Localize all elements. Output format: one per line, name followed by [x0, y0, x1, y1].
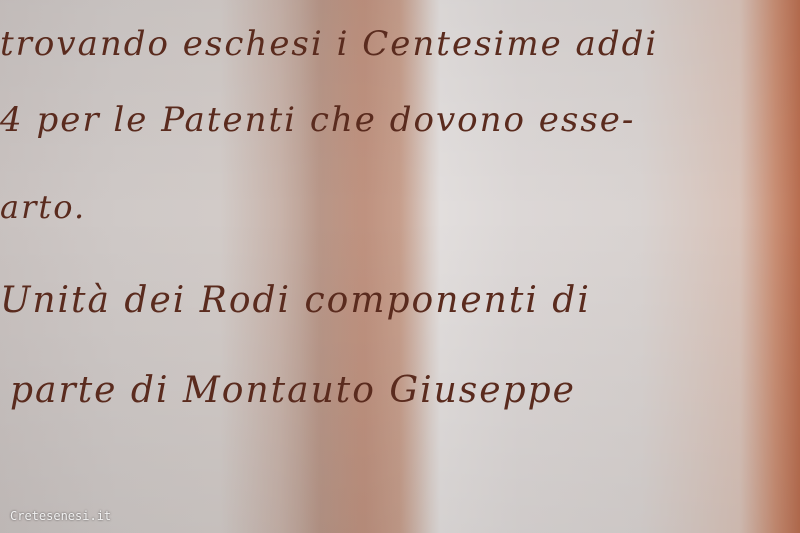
- watermark: Cretesenesi.it: [10, 509, 111, 523]
- lighting-overlay: [0, 0, 800, 533]
- handwriting-line-1: trovando eschesi i Centesime addi: [0, 24, 658, 64]
- handwriting-line-4: Unità dei Rodi componenti di: [0, 280, 591, 321]
- handwriting-line-2: 4 per le Patenti che dovono esse-: [0, 100, 635, 140]
- manuscript-photo: trovando eschesi i Centesime addi 4 per …: [0, 0, 800, 533]
- handwriting-line-3: arto.: [0, 188, 86, 226]
- handwriting-line-5: parte di Montauto Giuseppe: [10, 370, 576, 411]
